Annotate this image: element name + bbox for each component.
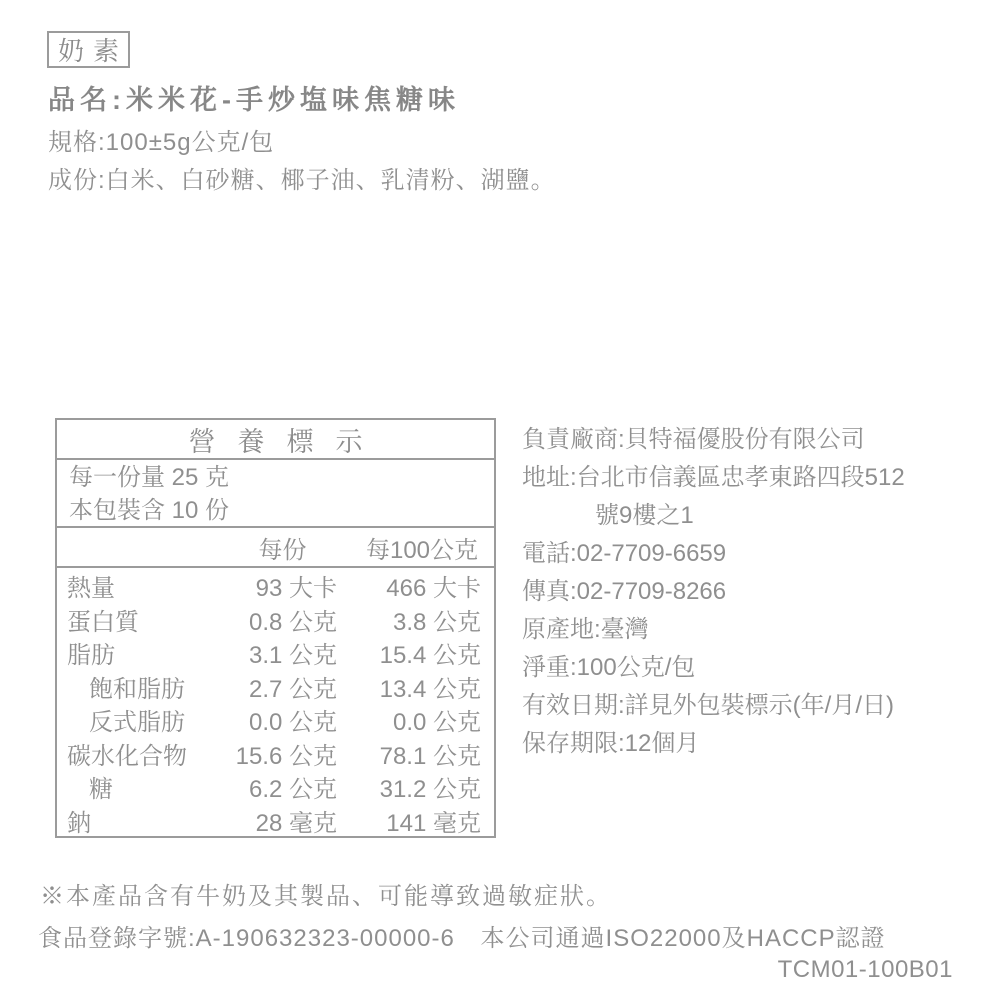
row-value-per-100g: 15.4 公克 xyxy=(350,635,494,670)
row-label: 脂肪 xyxy=(57,635,215,670)
row-value-per-100g: 141 毫克 xyxy=(350,803,494,838)
serving-size: 每一份量 25 克 xyxy=(69,461,494,494)
food-registration-number: 食品登錄字號:A-190632323-00000-6 xyxy=(38,925,455,952)
column-header-per-100g: 每100公克 xyxy=(350,530,494,565)
nutrition-column-headers: 每份 每100公克 xyxy=(57,528,494,568)
row-label: 蛋白質 xyxy=(57,602,215,637)
row-label: 反式脂肪 xyxy=(57,702,215,737)
nutrition-row-trans-fat: 反式脂肪 0.0 公克 0.0 公克 xyxy=(57,702,494,736)
certification-statement: 本公司通過ISO22000及HACCP認證 xyxy=(481,925,886,952)
document-code: TCM01-100B01 xyxy=(778,956,953,984)
row-value-per-100g: 78.1 公克 xyxy=(350,736,494,771)
row-value-per-serving: 0.8 公克 xyxy=(215,602,350,637)
row-label: 飽和脂肪 xyxy=(57,669,215,704)
nutrition-row-sodium: 鈉 28 毫克 141 毫克 xyxy=(57,803,494,837)
row-label: 糖 xyxy=(57,769,215,804)
shelf-life-line: 保存期限:12個月 xyxy=(522,725,982,763)
row-value-per-100g: 13.4 公克 xyxy=(350,669,494,704)
row-value-per-serving: 93 大卡 xyxy=(215,568,350,603)
row-value-per-100g: 3.8 公克 xyxy=(350,602,494,637)
lacto-vegetarian-badge: 奶素 xyxy=(47,31,130,68)
nutrition-rows: 熱量 93 大卡 466 大卡 蛋白質 0.8 公克 3.8 公克 脂肪 3.1… xyxy=(57,568,494,836)
company-info: 負責廠商:貝特福優股份有限公司 地址:台北市信義區忠孝東路四段512 號9樓之1… xyxy=(522,421,982,763)
product-spec: 規格:100±5g公克/包 xyxy=(48,122,274,157)
nutrition-serving-info: 每一份量 25 克 本包裝含 10 份 xyxy=(57,460,494,528)
row-value-per-serving: 28 毫克 xyxy=(215,803,350,838)
row-value-per-serving: 15.6 公克 xyxy=(215,736,350,771)
nutrition-row-sugar: 糖 6.2 公克 31.2 公克 xyxy=(57,769,494,803)
nutrition-row-protein: 蛋白質 0.8 公克 3.8 公克 xyxy=(57,602,494,636)
expiry-date-line: 有效日期:詳見外包裝標示(年/月/日) xyxy=(522,687,982,725)
registration-line: 食品登錄字號:A-190632323-00000-6 本公司通過ISO22000… xyxy=(38,918,886,953)
nutrition-row-saturated-fat: 飽和脂肪 2.7 公克 13.4 公克 xyxy=(57,669,494,703)
nutrition-row-carbohydrate: 碳水化合物 15.6 公克 78.1 公克 xyxy=(57,736,494,770)
origin-line: 原產地:臺灣 xyxy=(522,611,982,649)
net-weight-line: 淨重:100公克/包 xyxy=(522,649,982,687)
row-value-per-100g: 0.0 公克 xyxy=(350,702,494,737)
servings-per-pack: 本包裝含 10 份 xyxy=(69,494,494,527)
product-name: 品名:米米花-手炒塩味焦糖味 xyxy=(48,78,460,117)
nutrition-title: 營養標示 xyxy=(57,420,494,460)
allergen-warning: ※本產品含有牛奶及其製品、可能導致過敏症狀。 xyxy=(40,876,612,911)
column-header-per-serving: 每份 xyxy=(215,530,350,565)
row-value-per-100g: 466 大卡 xyxy=(350,568,494,603)
row-label: 熱量 xyxy=(57,568,215,603)
row-label: 鈉 xyxy=(57,803,215,838)
nutrition-row-fat: 脂肪 3.1 公克 15.4 公克 xyxy=(57,635,494,669)
phone-line: 電話:02-7709-6659 xyxy=(522,535,982,573)
manufacturer-line: 負責廠商:貝特福優股份有限公司 xyxy=(522,421,982,459)
row-value-per-serving: 3.1 公克 xyxy=(215,635,350,670)
address-line-2: 號9樓之1 xyxy=(522,497,982,535)
row-label: 碳水化合物 xyxy=(57,736,215,771)
fax-line: 傳真:02-7709-8266 xyxy=(522,573,982,611)
row-value-per-serving: 0.0 公克 xyxy=(215,702,350,737)
row-value-per-100g: 31.2 公克 xyxy=(350,769,494,804)
row-value-per-serving: 6.2 公克 xyxy=(215,769,350,804)
row-value-per-serving: 2.7 公克 xyxy=(215,669,350,704)
address-line-1: 地址:台北市信義區忠孝東路四段512 xyxy=(522,459,982,497)
product-ingredients: 成份:白米、白砂糖、椰子油、乳清粉、湖鹽。 xyxy=(48,160,556,195)
nutrition-row-calories: 熱量 93 大卡 466 大卡 xyxy=(57,568,494,602)
nutrition-table: 營養標示 每一份量 25 克 本包裝含 10 份 每份 每100公克 熱量 93… xyxy=(55,418,496,838)
